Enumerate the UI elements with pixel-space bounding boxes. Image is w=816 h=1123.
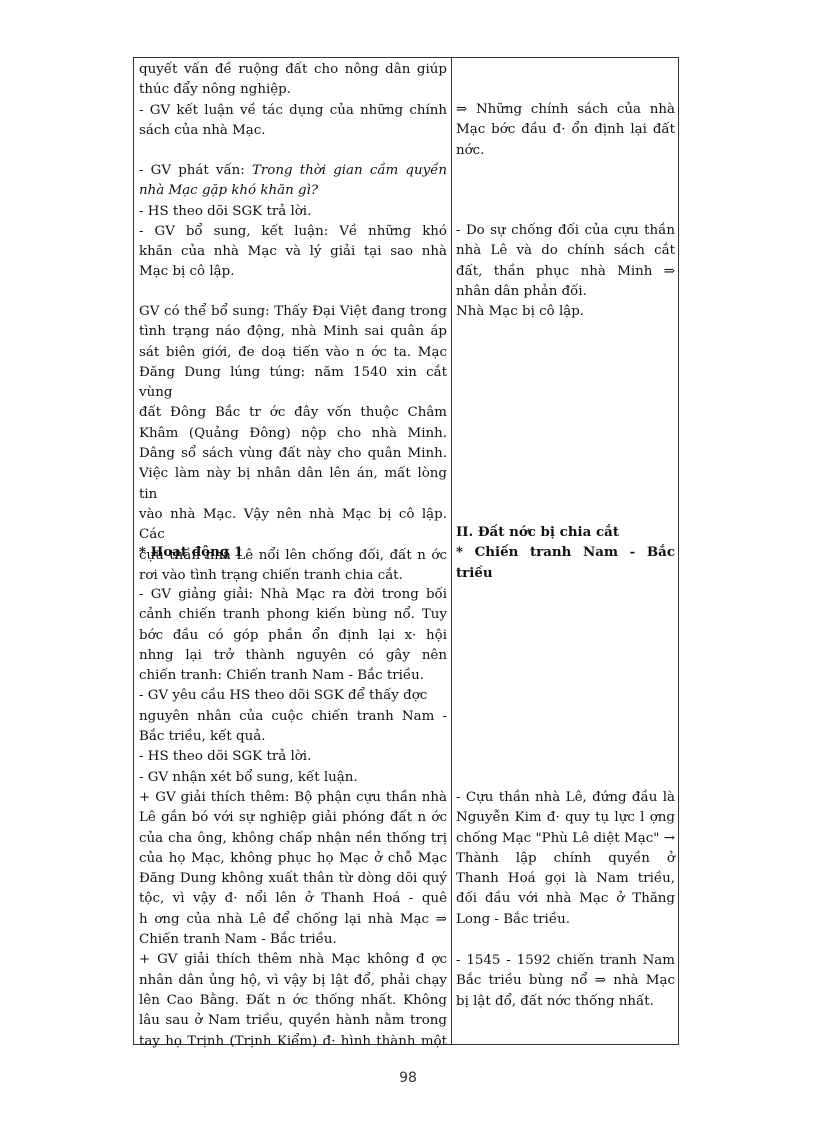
text-line: Nhà Mạc bị cô lập. [456, 302, 675, 322]
text-line: + GV giải thích thêm: Bộ phận cựu thần n… [139, 788, 447, 808]
question-italic: Trong thời gian cầm quyền [252, 163, 447, 178]
text-line: đất, thần phục nhà Minh ⇒ [456, 262, 675, 282]
text-line: Đăng Dung lúng túng: năm 1540 xin cắt vù… [139, 363, 447, 404]
text-line: sách của nhà Mạc. [139, 121, 447, 141]
text-line: Chiến tranh Nam - Bắc triều. [139, 930, 447, 950]
text-line: - HS theo dõi SGK trả lời. [139, 202, 447, 222]
text-line: tình trạng náo động, nhà Minh sai quân á… [139, 322, 447, 342]
text-line: Mạc bị cô lập. [139, 262, 447, 282]
lesson-table: quyết vấn đề ruộng đất cho nông dân giúp… [133, 57, 679, 1045]
text-line: - GV nhận xét bổ sung, kết luận. [139, 768, 447, 788]
column-divider [451, 58, 452, 1044]
activity-heading-text: * Hoạt động 1 [139, 542, 447, 562]
text-line: nguyên nhân của cuộc chiến tranh Nam - [139, 707, 447, 727]
subheading-text: triều [456, 563, 675, 583]
text-line: thúc đẩy nông nghiệp. [139, 80, 447, 100]
text-line: Mạc bớc đầu đ· ổn định lại đất [456, 120, 675, 140]
page-number: 98 [0, 1070, 816, 1086]
question-prefix: - GV phát vấn: [139, 163, 252, 178]
text-line: Long - Bắc triều. [456, 910, 675, 930]
text-line: đối đầu với nhà Mạc ở Thăng [456, 889, 675, 909]
text-line: chống Mạc "Phù Lê diệt Mạc" → [456, 829, 675, 849]
left-paragraph-activity: - GV giảng giải: Nhà Mạc ra đời trong bố… [139, 585, 447, 1052]
text-line: nớc. [456, 141, 675, 161]
text-line: cảnh chiến tranh phong kiến bùng nổ. Tuy [139, 605, 447, 625]
text-line: Việc làm này bị nhân dân lên án, mất lòn… [139, 464, 447, 505]
section-heading-text: II. Đất nớc bị chia cắt [456, 522, 675, 542]
text-line: Dâng sổ sách vùng đất này cho quân Minh. [139, 444, 447, 464]
text-line: sát biên giới, đe doạ tiến vào n ớc ta. … [139, 343, 447, 363]
activity-heading: * Hoạt động 1 [139, 542, 447, 562]
text-line: nhân dân phản đối. [456, 282, 675, 302]
text-line: Bắc triều, kết quả. [139, 727, 447, 747]
text-line: - Do sự chống đối của cựu thần [456, 221, 675, 241]
text-line: tay họ Trịnh (Trịnh Kiểm) đ· hình thành … [139, 1032, 447, 1052]
text-line: ⇒ Những chính sách của nhà [456, 100, 675, 120]
text-line: - GV giảng giải: Nhà Mạc ra đời trong bố… [139, 585, 447, 605]
text-line: tộc, vì vậy đ· nổi lên ở Thanh Hoá - quê [139, 889, 447, 909]
subheading-text: * Chiến tranh Nam - Bắc [456, 542, 675, 562]
text-line: nhà Lê và do chính sách cắt [456, 241, 675, 261]
right-conclusion-4: - 1545 - 1592 chiến tranh Nam Bắc triều … [456, 951, 675, 1012]
text-line: Nguyễn Kim đ· quy tụ lực l ợng [456, 808, 675, 828]
left-paragraph-1: quyết vấn đề ruộng đất cho nông dân giúp… [139, 60, 447, 141]
text-line: nhng lại trở thành nguyên có gây nên [139, 646, 447, 666]
text-line: Lê gắn bó với sự nghiệp giải phóng đất n… [139, 808, 447, 828]
text-line: bớc đầu có góp phần ổn định lại x· hội [139, 626, 447, 646]
text-line: quyết vấn đề ruộng đất cho nông dân giúp [139, 60, 447, 80]
text-line: khăn của nhà Mạc và lý giải tại sao nhà [139, 242, 447, 262]
text-line: nhân dân ủng hộ, vì vậy bị lật đổ, phải … [139, 971, 447, 991]
text-line: Đăng Dung không xuất thân từ dòng dõi qu… [139, 869, 447, 889]
text-line: nhà Mạc gặp khó khăn gì? [139, 181, 447, 201]
text-line: Khâm (Quảng Đông) nộp cho nhà Minh. [139, 424, 447, 444]
text-line: - GV bổ sung, kết luận: Về những khó [139, 222, 447, 242]
text-line: vào nhà Mạc. Vậy nên nhà Mạc bị cô lập. … [139, 505, 447, 546]
right-conclusion-1: ⇒ Những chính sách của nhà Mạc bớc đầu đ… [456, 100, 675, 161]
text-line: - Cựu thần nhà Lê, đứng đầu là [456, 788, 675, 808]
text-line: đất Đông Bắc tr ớc đây vốn thuộc Châm [139, 403, 447, 423]
text-line: - GV kết luận về tác dụng của những chín… [139, 101, 447, 121]
text-line: rơi vào tình trạng chiến tranh chia cắt. [139, 566, 447, 586]
text-line: - 1545 - 1592 chiến tranh Nam [456, 951, 675, 971]
text-line: chiến tranh: Chiến tranh Nam - Bắc triều… [139, 666, 447, 686]
text-line: - GV phát vấn: Trong thời gian cầm quyền [139, 161, 447, 181]
right-conclusion-3: - Cựu thần nhà Lê, đứng đầu là Nguyễn Ki… [456, 788, 675, 930]
text-line: - HS theo dõi SGK trả lời. [139, 747, 447, 767]
text-line: GV có thể bổ sung: Thấy Đại Việt đang tr… [139, 302, 447, 322]
text-line: Thanh Hoá gọi là Nam triều, [456, 869, 675, 889]
text-line: - GV yêu cầu HS theo dõi SGK để thấy đợc [139, 686, 447, 706]
text-line: h ơng của nhà Lê để chống lại nhà Mạc ⇒ [139, 910, 447, 930]
text-line: Bắc triều bùng nổ ⇒ nhà Mạc [456, 971, 675, 991]
text-line: + GV giải thích thêm nhà Mạc không đ ợc [139, 950, 447, 970]
text-line: lên Cao Bằng. Đất n ớc thống nhất. Không [139, 991, 447, 1011]
left-question: - GV phát vấn: Trong thời gian cầm quyền… [139, 161, 447, 283]
right-conclusion-2: - Do sự chống đối của cựu thần nhà Lê và… [456, 221, 675, 322]
section-heading: II. Đất nớc bị chia cắt * Chiến tranh Na… [456, 522, 675, 583]
text-line: Thành lập chính quyền ở [456, 849, 675, 869]
text-line: bị lật đổ, đất nớc thống nhất. [456, 992, 675, 1012]
text-line: lâu sau ở Nam triều, quyền hành nằm tron… [139, 1011, 447, 1031]
text-line: của cha ông, không chấp nhận nền thống t… [139, 829, 447, 849]
text-line: của họ Mạc, không phục họ Mạc ở chỗ Mạc [139, 849, 447, 869]
